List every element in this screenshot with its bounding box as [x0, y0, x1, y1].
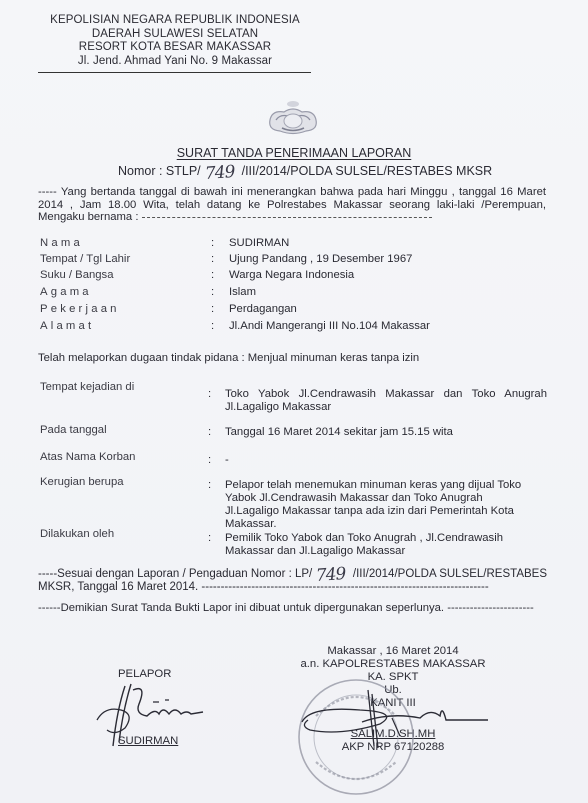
- handwritten-number: 749: [200, 162, 239, 185]
- closing-statement: ------Demikian Surat Tanda Bukti Lapor i…: [38, 602, 534, 614]
- letterhead-region: DAERAH SULAWESI SELATAN: [38, 28, 312, 42]
- intro-paragraph: ----- Yang bertanda tanggal di bawah ini…: [38, 186, 546, 224]
- on-behalf-of: a.n. KAPOLRESTABES MAKASSAR: [300, 658, 486, 671]
- official-signature-icon: [300, 686, 490, 756]
- reported-offense: Telah melaporkan dugaan tindak pidana : …: [38, 352, 419, 364]
- document-title: SURAT TANDA PENERIMAAN LAPORAN: [0, 146, 588, 160]
- letterhead-resort: RESORT KOTA BESAR MAKASSAR: [38, 41, 312, 55]
- reporter-signature-block: PELAPOR: [118, 668, 171, 680]
- police-emblem-icon: [262, 98, 324, 138]
- letterhead-institution: KEPOLISIAN NEGARA REPUBLIK INDONESIA: [38, 14, 312, 28]
- letterhead: KEPOLISIAN NEGARA REPUBLIK INDONESIA DAE…: [38, 14, 312, 68]
- fill-line: [142, 217, 432, 218]
- letterhead-address: Jl. Jend. Ahmad Yani No. 9 Makassar: [38, 55, 312, 69]
- place-date: Makassar , 16 Maret 2014: [300, 645, 486, 658]
- reporter-name: SUDIRMAN: [118, 735, 178, 747]
- document-page: KEPOLISIAN NEGARA REPUBLIK INDONESIA DAE…: [0, 0, 588, 803]
- letterhead-divider: [38, 72, 311, 73]
- reporter-role: PELAPOR: [118, 668, 171, 680]
- document-number: Nomor : STLP/749 /III/2014/POLDA SULSEL/…: [118, 160, 492, 180]
- handwritten-reference-number: 749: [312, 568, 350, 584]
- report-reference: -----Sesuai dengan Laporan / Pengaduan N…: [38, 566, 548, 594]
